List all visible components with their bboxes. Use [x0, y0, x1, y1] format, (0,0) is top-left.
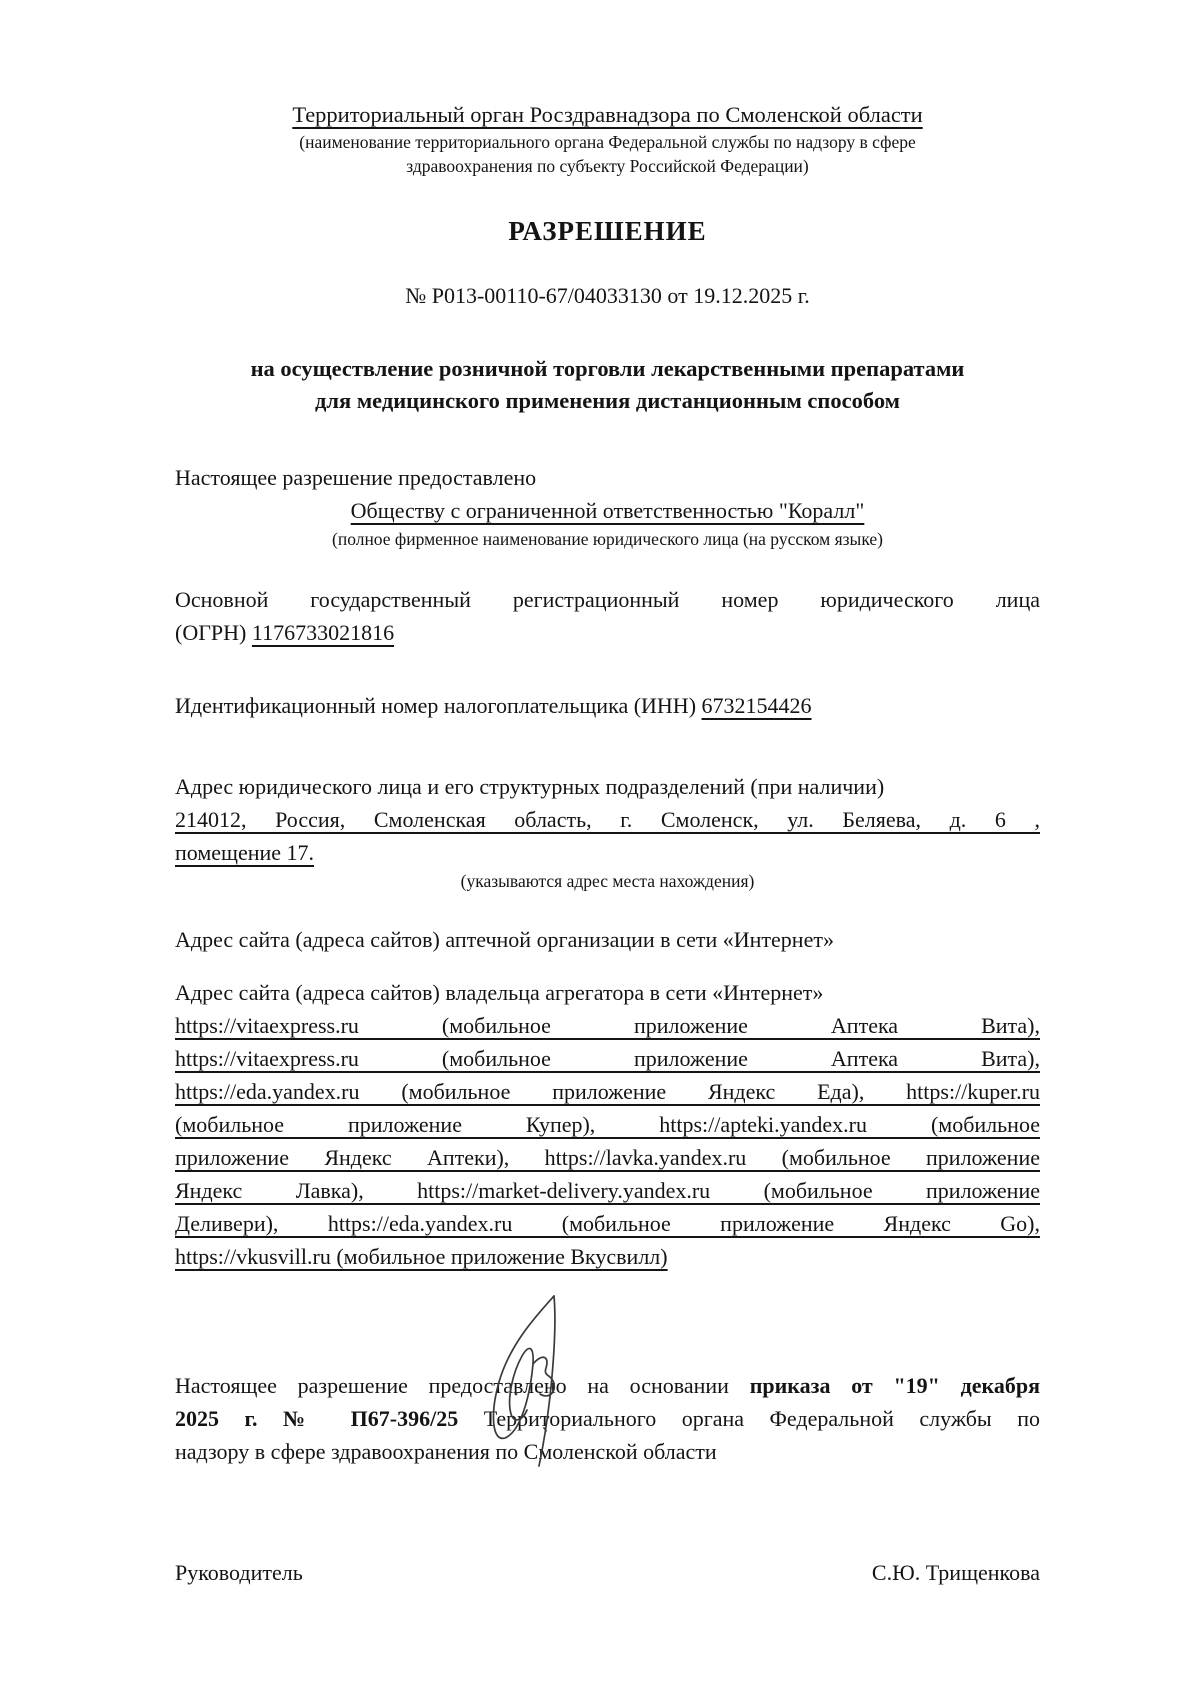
address-caption: (указываются адрес места нахождения): [175, 869, 1040, 893]
signature-name: С.Ю. Трищенкова: [872, 1560, 1040, 1586]
basis-line-3: надзору в сфере здравоохранения по Смоле…: [175, 1435, 1040, 1468]
company-name: Обществу с ограниченной ответственностью…: [351, 498, 865, 523]
ogrn-label: Основной государственный регистрационный…: [175, 583, 1040, 616]
aggregator-url-block: https://vitaexpress.ru (мобильное прилож…: [175, 1009, 1040, 1273]
document-subtitle-line2: для медицинского применения дистанционны…: [175, 385, 1040, 417]
inn-value: 6732154426: [702, 693, 812, 718]
aggregator-line: Деливери), https://eda.yandex.ru (мобиль…: [175, 1207, 1040, 1240]
aggregator-line: https://vitaexpress.ru (мобильное прилож…: [175, 1009, 1040, 1042]
aggregator-line: https://vkusvill.ru (мобильное приложени…: [175, 1240, 1040, 1273]
org-name-caption-line1: (наименование территориального органа Фе…: [175, 130, 1040, 154]
address-line-1: 214012, Россия, Смоленская область, г. С…: [175, 803, 1040, 836]
inn-label: Идентификационный номер налогоплательщик…: [175, 693, 696, 718]
org-name-caption-line2: здравоохранения по субъекту Российской Ф…: [175, 154, 1040, 178]
document-title: РАЗРЕШЕНИЕ: [175, 216, 1040, 247]
aggregator-line: приложение Яндекс Аптеки), https://lavka…: [175, 1141, 1040, 1174]
document-subtitle-line1: на осуществление розничной торговли лека…: [175, 353, 1040, 385]
aggregator-line: https://eda.yandex.ru (мобильное приложе…: [175, 1075, 1040, 1108]
basis-l1-normal: Настоящее разрешение предоставлено на ос…: [175, 1373, 729, 1398]
ogrn-value-line: (ОГРН) 1176733021816: [175, 616, 1040, 649]
granted-label: Настоящее разрешение предоставлено: [175, 461, 1040, 494]
address-label: Адрес юридического лица и его структурны…: [175, 770, 1040, 803]
inn-block: Идентификационный номер налогоплательщик…: [175, 689, 1040, 722]
company-name-caption: (полное фирменное наименование юридическ…: [175, 527, 1040, 551]
aggregator-site-label: Адрес сайта (адреса сайтов) владельца аг…: [175, 976, 1040, 1009]
document-number: № Р013-00110-67/04033130 от 19.12.2025 г…: [175, 283, 1040, 309]
ogrn-block: Основной государственный регистрационный…: [175, 583, 1040, 649]
basis-line-2: 2025 г. № П67-396/25 Территориального ор…: [175, 1402, 1040, 1435]
org-name: Территориальный орган Росздравнадзора по…: [175, 100, 1040, 130]
ogrn-value: 1176733021816: [252, 620, 394, 645]
basis-line-1: Настоящее разрешение предоставлено на ос…: [175, 1369, 1040, 1402]
document-subtitle: на осуществление розничной торговли лека…: [175, 353, 1040, 417]
pharmacy-site-label: Адрес сайта (адреса сайтов) аптечной орг…: [175, 923, 1040, 956]
basis-l1-bold: приказа от "19" декабря: [750, 1373, 1040, 1398]
aggregator-line: https://vitaexpress.ru (мобильное прилож…: [175, 1042, 1040, 1075]
address-block: Адрес юридического лица и его структурны…: [175, 770, 1040, 869]
basis-paragraph: Настоящее разрешение предоставлено на ос…: [175, 1369, 1040, 1468]
company-name-line: Обществу с ограниченной ответственностью…: [175, 494, 1040, 527]
basis-l2-bold: 2025 г. № П67-396/25: [175, 1406, 458, 1431]
signature-row: Руководитель С.Ю. Трищенкова: [175, 1560, 1040, 1586]
basis-l2-normal: Территориального органа Федеральной служ…: [484, 1406, 1040, 1431]
aggregator-line: (мобильное приложение Купер), https://ap…: [175, 1108, 1040, 1141]
ogrn-prefix: (ОГРН): [175, 620, 246, 645]
aggregator-line: Яндекс Лавка), https://market-delivery.y…: [175, 1174, 1040, 1207]
address-line-2: помещение 17.: [175, 836, 1040, 869]
signature-role: Руководитель: [175, 1560, 303, 1586]
document-page: Территориальный орган Росздравнадзора по…: [0, 0, 1190, 1683]
